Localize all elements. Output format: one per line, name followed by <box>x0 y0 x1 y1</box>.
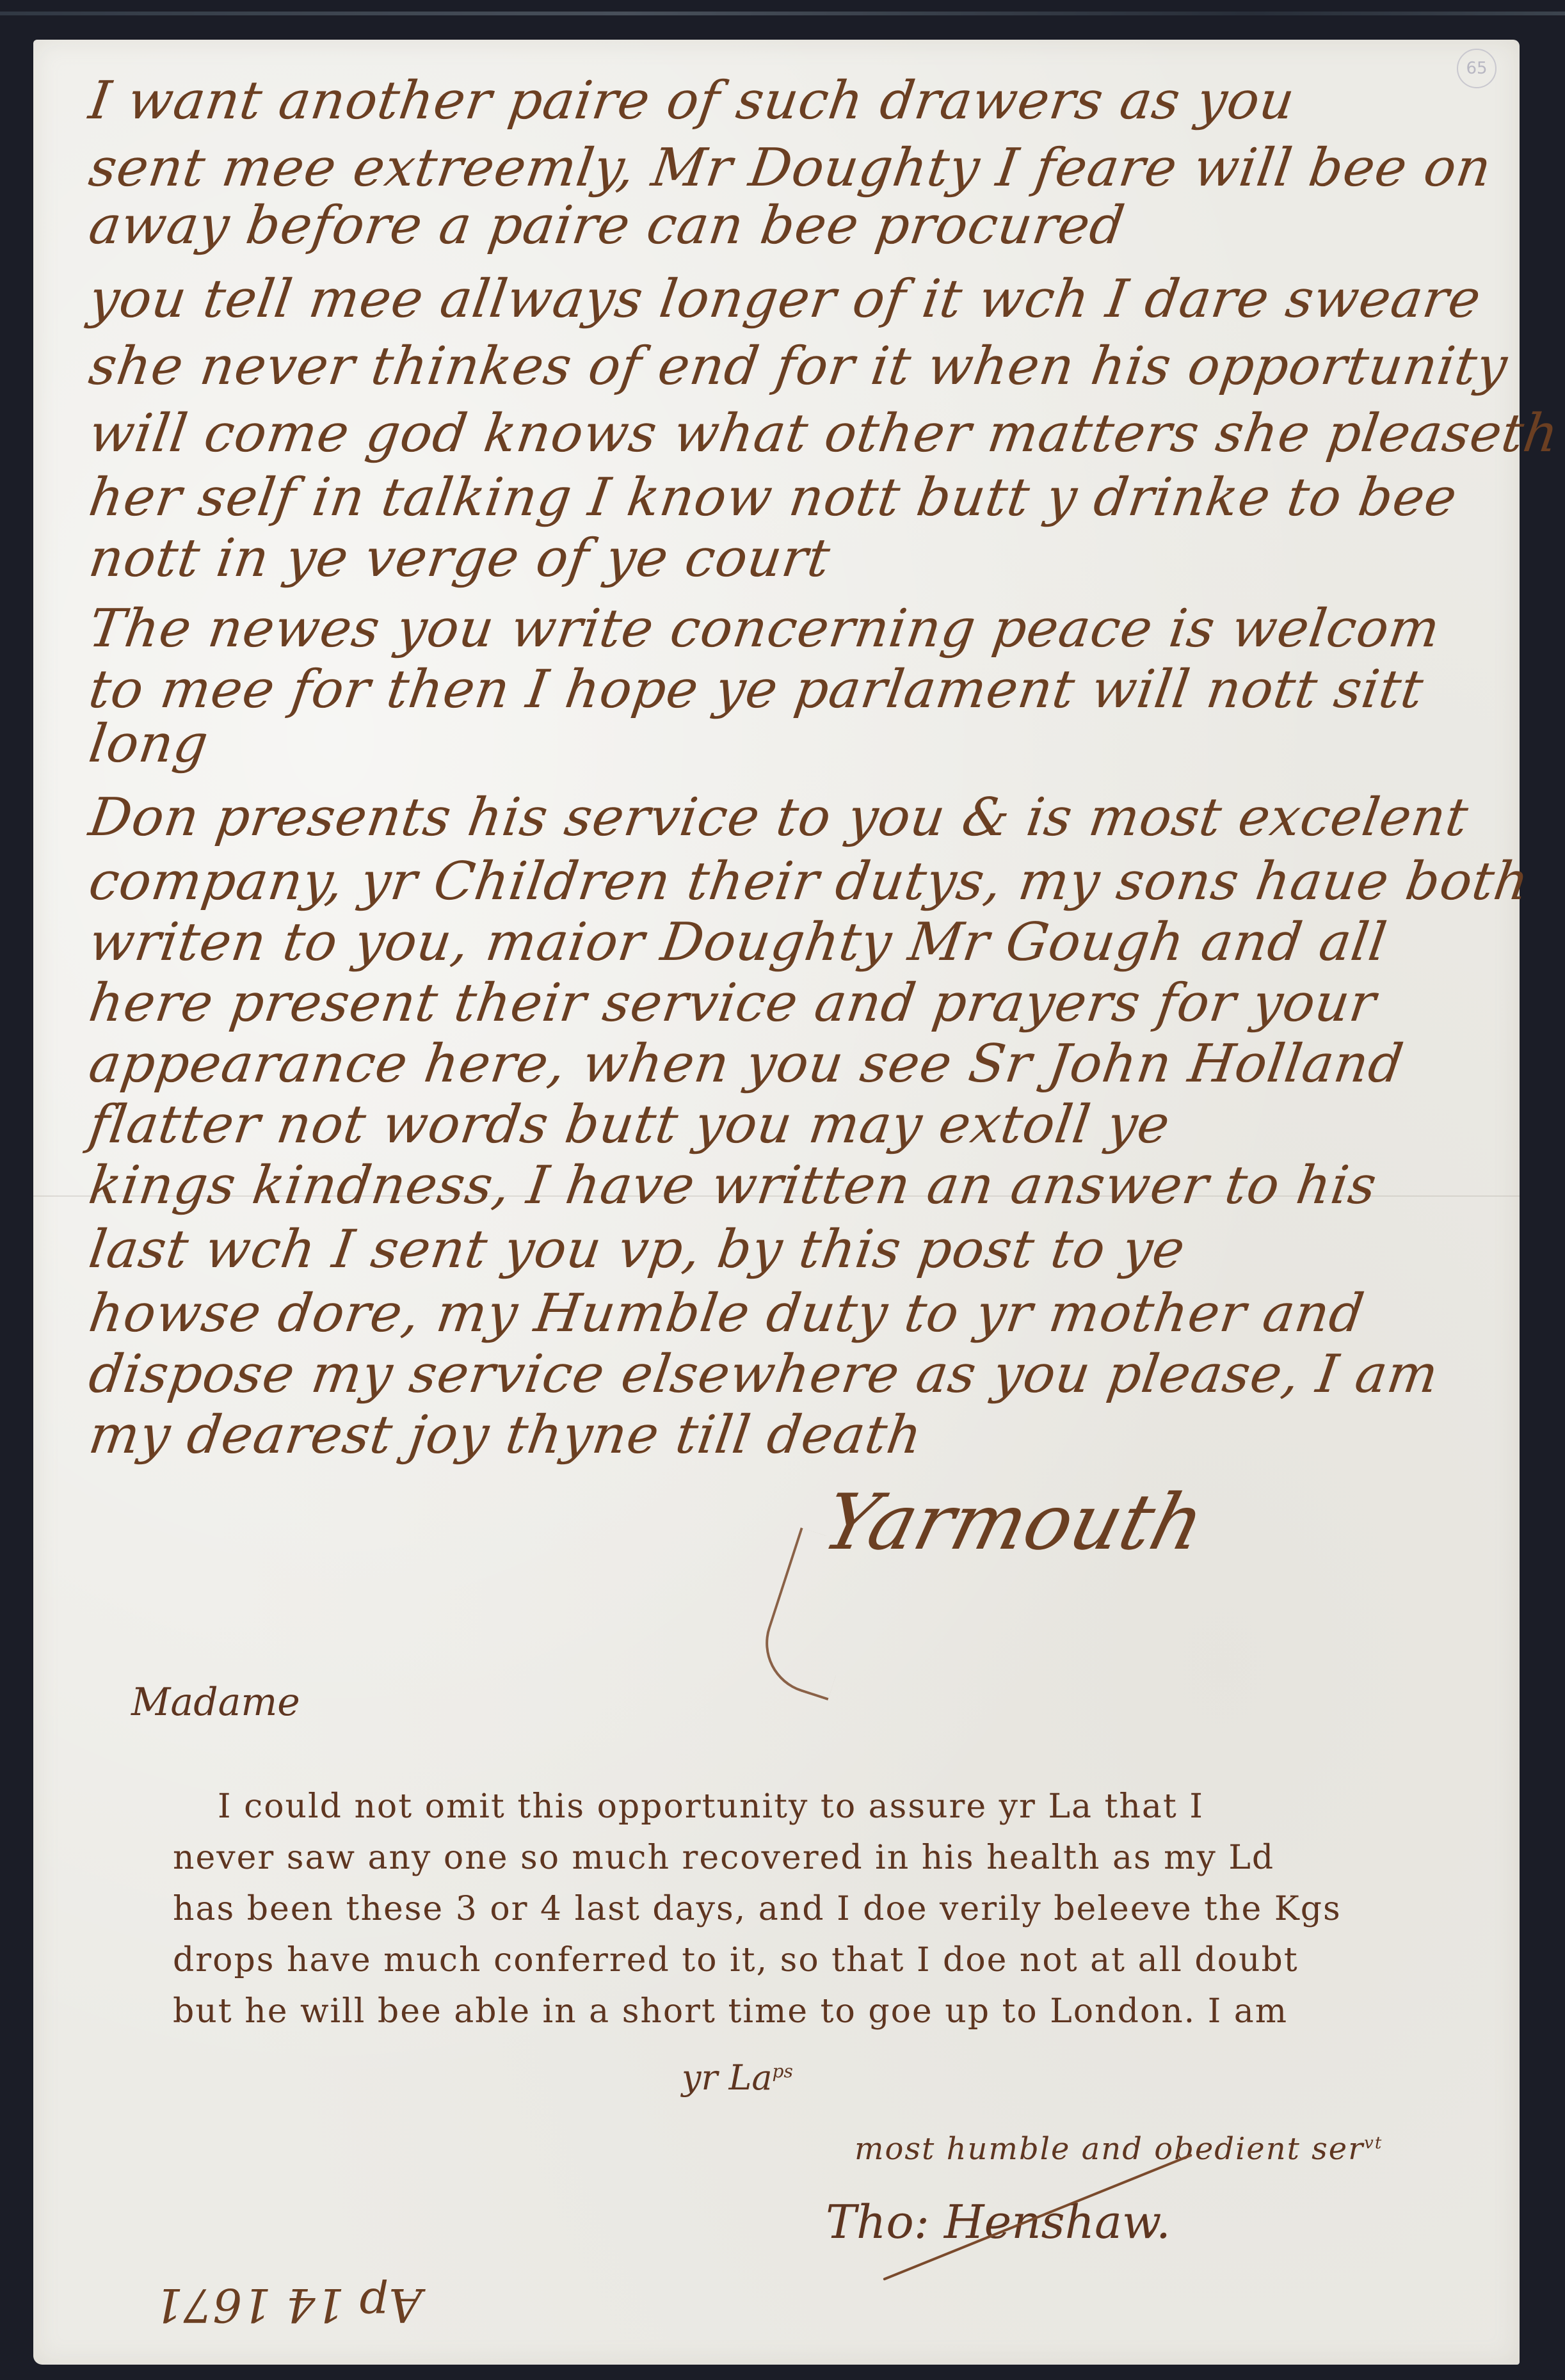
closing-servant-sup: vt <box>1364 2134 1383 2153</box>
letter-line: nott in ye verge of ye court <box>85 525 1557 592</box>
letter-line: flatter not words butt you may extoll ye <box>85 1091 1557 1158</box>
letter-line: company, yr Children their dutys, my son… <box>85 848 1557 915</box>
letter-line: Don presents his service to you & is mos… <box>85 784 1557 851</box>
letter-line: will come god knows what other matters s… <box>85 400 1557 467</box>
closing-yr-text: yr La <box>682 2057 773 2098</box>
letter-line: long <box>85 710 1557 778</box>
closing-servant-text: most humble and obedient ser <box>855 2131 1364 2167</box>
postscript-line: has been these 3 or 4 last days, and I d… <box>173 1888 1342 1930</box>
mount-edge <box>0 12 1565 15</box>
postscript-line: drops have much conferred to it, so that… <box>173 1939 1342 1981</box>
postscript-closing-yr-ladyship: yr Laps <box>682 2057 793 2098</box>
letter-line: The newes you write concerning peace is … <box>85 595 1557 662</box>
letter-line: here present their service and prayers f… <box>85 970 1557 1037</box>
postscript-closing-servant: most humble and obedient servt <box>855 2131 1383 2167</box>
postscript-salutation: Madame <box>131 1680 300 1725</box>
letter-line: writen to you, maior Doughty Mr Gough an… <box>85 909 1557 976</box>
closing-yr-sup: ps <box>773 2061 793 2082</box>
letter-line: she never thinkes of end for it when his… <box>85 333 1557 400</box>
letter-line: I want another paire of such drawers as … <box>85 67 1557 134</box>
postscript-line: I could not omit this opportunity to ass… <box>173 1785 1342 1828</box>
letter-line: my dearest joy thyne till death <box>85 1402 1557 1469</box>
endorsement-date: Ap 14 1671 <box>64 2278 512 2332</box>
postscript-line: but he will bee able in a short time to … <box>173 1990 1342 2033</box>
postscript-line: never saw any one so much recovered in h… <box>173 1837 1342 1879</box>
signature-henshaw: Tho: Henshaw. <box>826 2195 1171 2249</box>
letter-line: her self in talking I know nott butt y d… <box>85 464 1557 531</box>
letter-line: dispose my service elsewhere as you plea… <box>85 1341 1557 1408</box>
postscript-body: I could not omit this opportunity to ass… <box>173 1785 1342 1997</box>
letter-line: kings kindness, I have written an answer… <box>85 1152 1557 1219</box>
letter-line: you tell mee allways longer of it wch I … <box>85 266 1557 333</box>
letter-line: away before a paire can bee procured <box>85 192 1557 259</box>
letter-line: appearance here, when you see Sr John Ho… <box>85 1030 1557 1098</box>
letter-line: howse dore, my Humble duty to yr mother … <box>85 1280 1557 1347</box>
letter-line: last wch I sent you vp, by this post to … <box>85 1216 1557 1283</box>
